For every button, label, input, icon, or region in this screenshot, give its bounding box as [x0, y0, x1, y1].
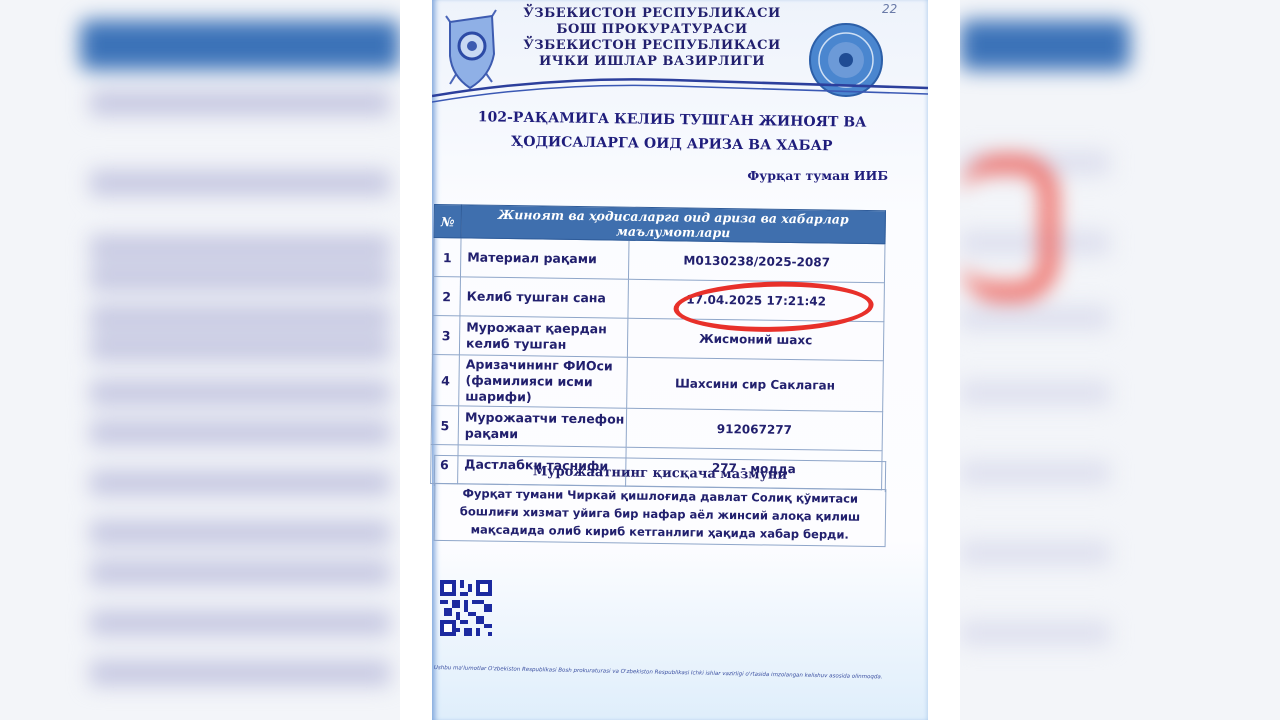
row-label: Аризачининг ФИОси (фамилияси исми шарифи… [459, 355, 628, 408]
blurred-background-right [960, 0, 1200, 720]
column-number-header: № [434, 205, 461, 238]
table-row: 3 Мурожаат қаердан келиб тушган Жисмоний… [432, 315, 884, 360]
row-label: Материал рақами [460, 238, 629, 279]
material-number-value: M0130238/2025-2087 [628, 240, 885, 283]
org-prosecutor: ЎЗБЕКИСТОН РЕСПУБЛИКАСИ БОШ ПРОКУРАТУРАС… [502, 6, 802, 38]
table-row: 1 Материал рақами M0130238/2025-2087 [433, 238, 885, 283]
row-label: Мурожаат қаердан келиб тушган [459, 316, 628, 357]
org-interior-ministry: ЎЗБЕКИСТОН РЕСПУБЛИКАСИ ИЧКИ ИШЛАР ВАЗИР… [502, 38, 802, 70]
blurred-background-left [60, 0, 400, 720]
table-row: 2 Келиб тушган сана 17.04.2025 17:21:42 [433, 276, 885, 321]
received-date-value: 17.04.2025 17:21:42 [686, 293, 826, 309]
applicant-name-value: Шахсини сир Саклаган [627, 357, 884, 412]
report-info-table: № Жиноят ва ҳодисаларга оид ариза ва хаб… [430, 204, 886, 490]
table-row: 4 Аризачининг ФИОси (фамилияси исми шари… [432, 354, 884, 411]
department-name: Фурқат туман ИИБ [747, 168, 888, 183]
summary-text: Фурқат тумани Чиркай қишлоғида давлат Со… [434, 483, 887, 547]
phone-value: 912067277 [626, 408, 883, 451]
qr-code-icon [440, 580, 492, 636]
footer-disclaimer: Ushbu ma'lumotlar O'zbekiston Respublika… [434, 664, 894, 682]
handwritten-page-number: 22 [882, 2, 897, 16]
document-photo: 22 ЎЗБЕКИСТОН РЕСПУБЛИКАСИ БОШ ПРОКУРАТУ… [432, 0, 928, 720]
document-title: 102-РАҚАМИГА КЕЛИБ ТУШГАН ЖИНОЯТ ВА ҲОДИ… [472, 105, 873, 159]
source-value: Жисмоний шахс [627, 318, 884, 361]
row-label: Мурожаатчи телефон рақами [458, 406, 627, 447]
table-row: 5 Мурожаатчи телефон рақами 912067277 [431, 405, 883, 450]
row-label: Келиб тушган сана [460, 277, 629, 318]
